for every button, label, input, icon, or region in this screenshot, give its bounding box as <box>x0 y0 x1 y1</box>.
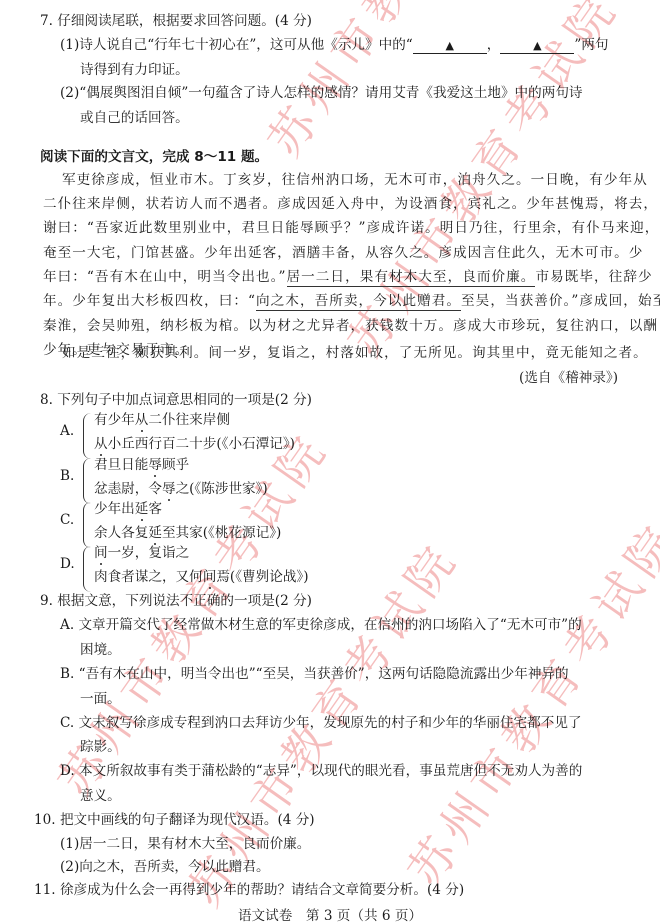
q9-option-c[interactable]: C. 文末叙写徐彦成专程到汭口去拜访少年，发现原先的村子和少年的华丽住宅都不见了 <box>60 714 582 732</box>
passage-line: 年。少年复出大杉板四枚，曰：“向之木，吾所卖，今以此赠君。至吴，当获善价。”彦成… <box>43 292 660 310</box>
q8-option-b-label[interactable]: B. <box>60 467 74 485</box>
brace-icon <box>83 458 92 504</box>
answer-blank-1[interactable]: ▲ <box>413 39 487 54</box>
q7-stem: 7. 仔细阅读尾联，根据要求回答问题。(4 分) <box>40 12 312 30</box>
q8-option-a-label[interactable]: A. <box>60 422 74 440</box>
q7-part2: (2)“偶展舆图泪自倾”一句蕴含了诗人怎样的感情？请用艾青《我爱这土地》中的两句… <box>60 84 583 102</box>
q8-option-a-line1: 有少年从二仆往来岸侧 <box>94 411 230 429</box>
triangle-marker-icon: ▲ <box>533 39 541 52</box>
passage-line: 如是三往，颇获其利。间一岁，复诣之，村落如故，了无所见。询其里中，竟无能知之者。 <box>62 344 648 362</box>
passage-line: 秦淮，会吴帅殂，纳杉板为棺。以为材之尤异者，获钱数十万。彦成大市珍玩，复往汭口，… <box>43 317 658 335</box>
passage-line: 谢曰：“吾家近此数里别业中，君旦日能辱顾乎？”彦成许诺。明日乃往，行里余，有仆马… <box>43 219 659 237</box>
triangle-marker-icon: ▲ <box>446 39 454 52</box>
brace-icon <box>83 546 92 592</box>
passage-line: 奄至一大宅，门馆甚盛。少年出延客，酒膳丰备，从容久之。彦成因言住此久，无木可市。… <box>43 244 643 262</box>
page-footer: 语文试卷 第 3 页（共 6 页） <box>0 904 660 923</box>
exam-page: 苏州市教育考试院 苏州市教育考试院 苏州市教育考试院 苏州市教育考试院 苏州市教… <box>0 0 660 923</box>
q9-option-c-cont: 踪影。 <box>80 738 121 756</box>
passage-line: 年曰：“吾有木在山中，明当令出也。”居一二日，果有材木大至，良而价廉。市易既毕，… <box>43 268 653 286</box>
q9-option-b[interactable]: B. “吾有木在山中，明当令出也”“至吴，当获善价”，这两句话隐隐流露出少年神异… <box>60 665 569 683</box>
q9-option-d[interactable]: D. 本文所叙故事有类于蒲松龄的“志异”，以现代的眼光看，事虽荒唐但不无劝人为善… <box>60 762 582 780</box>
q8-option-d-line2: 肉食者谋之，又何间焉(《曹刿论战》) <box>94 568 309 586</box>
q8-option-d-line1: 间一岁，复诣之 <box>94 544 189 562</box>
q9-option-d-cont: 意义。 <box>80 787 121 805</box>
q8-option-c-line1: 少年出延客 <box>94 500 162 518</box>
q10-sentence-1: (1)居一二日，果有材木大至，良而价廉。 <box>60 835 310 853</box>
q8-option-a-line2: 从小丘西行百二十步(《小石潭记》) <box>94 435 295 453</box>
q7-part1-cont: 诗得到有力印证。 <box>80 61 189 79</box>
q8-option-b-line1: 君旦日能辱顾乎 <box>94 456 189 474</box>
brace-icon <box>83 413 92 459</box>
passage-source: (选自《稽神录》) <box>519 366 618 386</box>
q8-option-c-line2: 余人各复延至其家(《桃花源记》) <box>94 524 281 542</box>
underlined-sentence-1: 居一二日，果有材木大至，良而价廉。 <box>287 269 536 287</box>
q7-part1: (1)诗人说自己“行年七十初心在”，这可从他《示儿》中的“▲，▲”两句 <box>60 36 609 54</box>
q8-option-b-line2: 忿恚尉，令辱之(《陈涉世家》) <box>94 480 268 498</box>
answer-blank-2[interactable]: ▲ <box>500 39 574 54</box>
passage-line: 二仆往来岸侧，状若访人而不遇者。彦成因延入舟中，为设酒食，宾礼之。少年甚愧焉，将… <box>43 195 658 213</box>
q8-stem: 8. 下列句子中加点词意思相同的一项是(2 分) <box>40 391 312 409</box>
q9-option-a[interactable]: A. 文章开篇交代了经常做木材生意的军吏徐彦成，在信州的汭口场陷入了“无木可市”… <box>60 616 582 634</box>
passage-line: 军吏徐彦成，恒业市木。丁亥岁，往信州汭口场，无木可市，泊舟久之。一日晚，有少年从 <box>62 171 648 189</box>
q7-part2-cont: 或自己的话回答。 <box>80 109 189 127</box>
q9-option-a-cont: 困境。 <box>80 641 121 659</box>
watermark: 苏州市教育考试院 <box>390 506 660 898</box>
q8-option-c-label[interactable]: C. <box>60 511 74 529</box>
q8-option-d-label[interactable]: D. <box>60 555 75 573</box>
q11-stem: 11. 徐彦成为什么会一再得到少年的帮助？请结合文章简要分析。(4 分) <box>34 881 464 899</box>
q9-option-b-cont: 一面。 <box>80 690 121 708</box>
reading-heading: 阅读下面的文言文，完成 8～11 题。 <box>40 148 268 166</box>
q9-stem: 9. 根据文意，下列说法不正确的一项是(2 分) <box>40 592 312 610</box>
underlined-sentence-2: 向之木，吾所卖，今以此赠君。 <box>256 293 461 311</box>
q10-sentence-2: (2)向之木，吾所卖，今以此赠君。 <box>60 858 270 876</box>
brace-icon <box>83 502 92 548</box>
q10-stem: 10. 把文中画线的句子翻译为现代汉语。(4 分) <box>34 811 315 829</box>
